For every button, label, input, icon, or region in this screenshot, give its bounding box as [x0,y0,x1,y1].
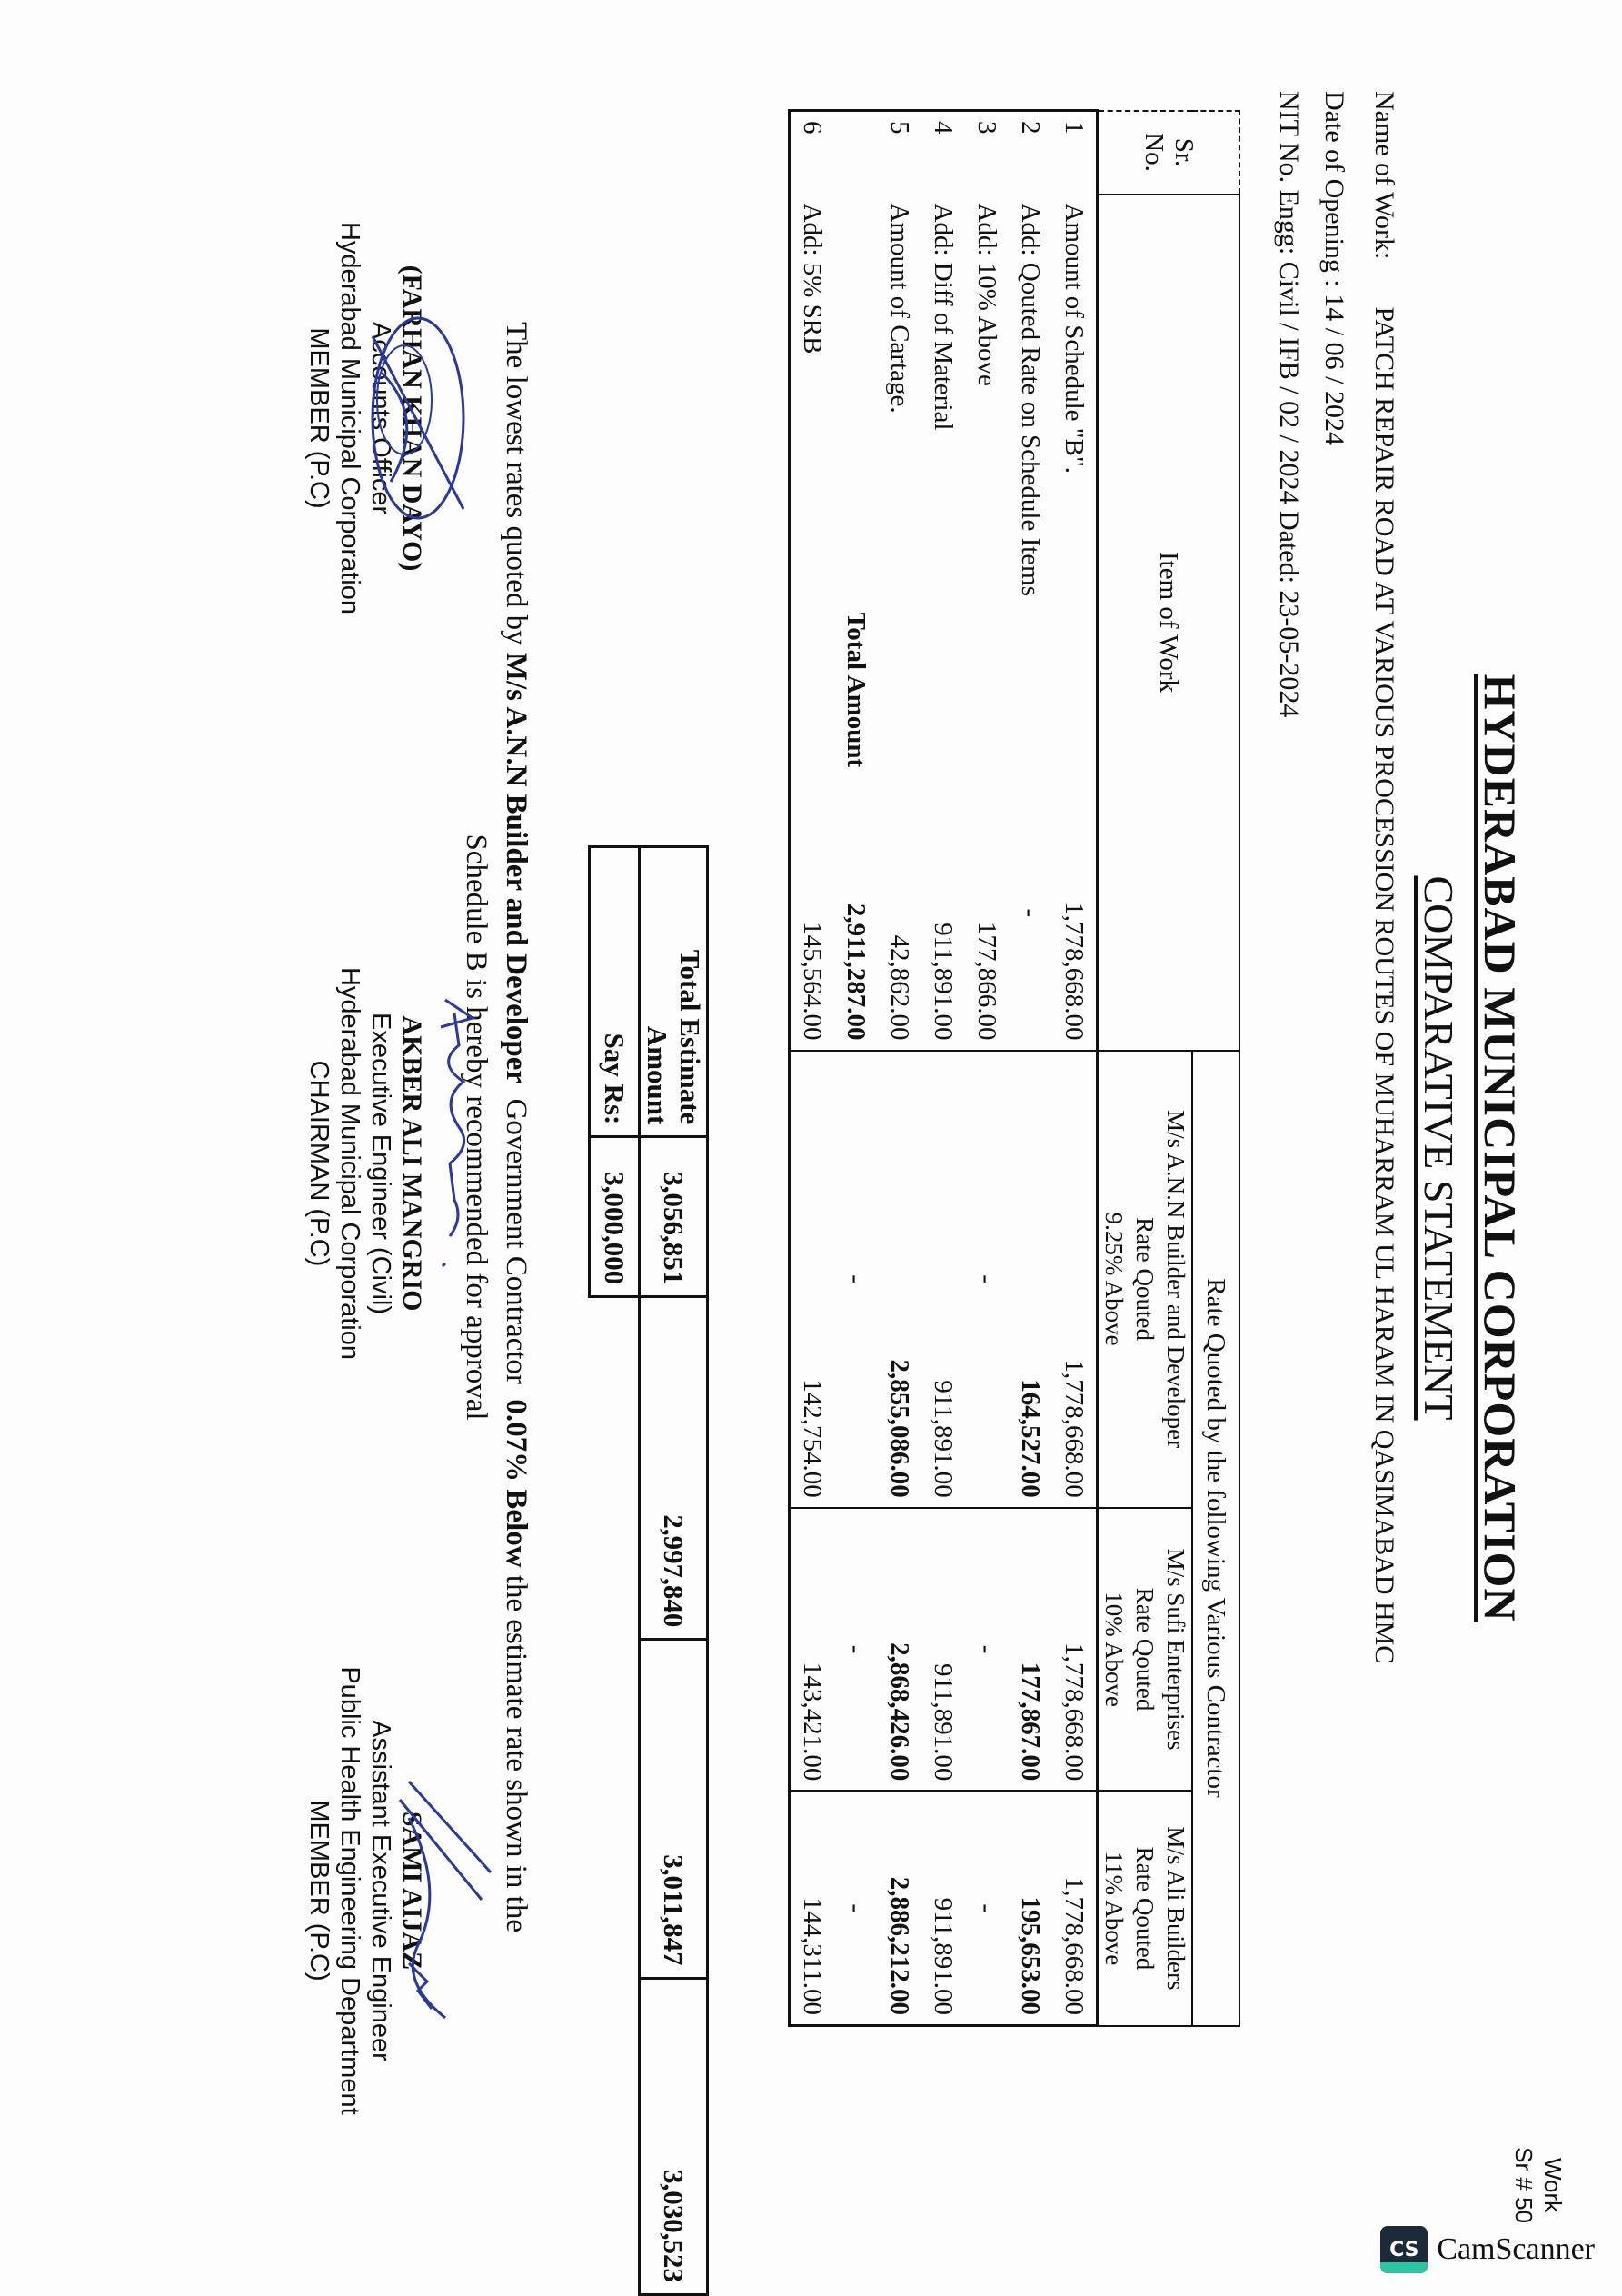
row-contractor-2: 177,867.00 [1009,1508,1052,1792]
row-contractor-1: 911,891.00 [921,1051,965,1508]
say-value: 3,000,000 [590,1137,640,1297]
row-estimate: 177,866.00 [965,776,1009,1050]
contractor-sub: Rate Qouted [1129,1061,1160,1498]
row-contractor-1: 142,754.00 [790,1051,835,1508]
total-contractor-2: 3,011,847 [640,1640,708,1978]
signatory-organization: Public Health Engineering Department [334,1600,365,2181]
row-item: Amount of Cartage. [878,195,921,777]
total-contractor-3: 3,030,523 [640,1978,708,2294]
contractor-rate: 10% Above [1099,1518,1129,1782]
note-middle: Government Contractor [500,1083,532,1399]
header-sr-no: Sr. No. [1098,111,1240,195]
header-contractor-2: M/s Sufi Enterprises Rate Qouted 10% Abo… [1098,1508,1193,1792]
row-contractor-2: - [965,1508,1009,1792]
row-sr-no: 3 [965,111,1009,195]
contractor-sub: Rate Qouted [1129,1518,1160,1782]
row-contractor-2: - [834,1508,878,1792]
table-row: Total Amount2,911,287.00--- [834,111,878,2026]
row-sr-no: 6 [790,111,835,195]
header-item-of-work: Item of Work [1098,195,1240,1051]
signatory-designation: Executive Engineer (Civil) [365,909,396,1418]
row-sr-no: 2 [1009,111,1052,195]
contractor-rate: 9.25% Above [1099,1061,1129,1498]
signatory-name: AKBER ALI MANGRIO [396,909,427,1418]
document-title: COMPARATIVE STATEMENT [1415,0,1463,2296]
signatory-accounts-officer: (FARHAN KHAN DAYO) Accounts Officer Hyde… [304,164,427,673]
date-of-opening: Date of Opening : 14 / 06 / 2024 [1318,91,1349,445]
signatory-executive-engineer: AKBER ALI MANGRIO Executive Engineer (Ci… [304,909,427,1418]
recommendation-note: The lowest rates quoted by M/s A.N.N Bui… [456,218,536,2036]
camscanner-text: CamScanner [1437,2232,1595,2267]
signatory-organization: Hyderabad Municipal Corporation [334,164,365,673]
row-estimate: 145,564.00 [790,776,835,1050]
header-contractor-3: M/s Ali Builders Rate Qouted 11% Above [1098,1791,1193,2025]
organization-title: HYDERABAD MUNICIPAL CORPORATION [1474,0,1527,2296]
row-contractor-3: - [965,1791,1009,2025]
table-row: 5Amount of Cartage.42,862.002,855,086.00… [878,111,921,2026]
totals-table: Total Estimate Amount 3,056,851 2,997,84… [588,845,709,2296]
row-item: Add: 10% Above [965,195,1009,777]
signatory-role: MEMBER (P.C) [304,1600,334,2181]
comparative-table: Sr. No. Item of Work Rate Quoted by the … [788,109,1240,2027]
signatory-role: MEMBER (P.C) [304,164,334,673]
row-estimate: 42,862.00 [878,776,921,1050]
note-line-2: Schedule B is hereby recommended for app… [456,218,496,2036]
nit-number: NIT No. Engg: Civil / IFB / 02 / 2024 Da… [1273,91,1304,717]
row-item: Add: Qouted Rate on Schedule Items [1009,195,1052,777]
total-estimate-value: 3,056,851 [640,1137,708,1297]
header-contractor-1: M/s A.N.N Builder and Developer Rate Qou… [1098,1051,1193,1508]
signatory-role: CHAIRMAN (P.C) [304,909,334,1418]
signatory-assistant-engineer: SAMI AIJAZ Assistant Executive Engineer … [304,1600,427,2181]
total-estimate-label: Total Estimate Amount [640,847,708,1137]
table-row: 6Add: 5% SRB145,564.00142,754.00143,421.… [790,111,835,2026]
signatory-designation: Assistant Executive Engineer [365,1600,396,2181]
signatory-name: (FARHAN KHAN DAYO) [396,164,427,673]
name-of-work-value: PATCH REPAIR ROAD AT VARIOUS PROCESSION … [1369,307,1399,1664]
row-contractor-3: 195,653.00 [1009,1791,1052,2025]
table-row: 2Add: Qouted Rate on Schedule Items-164,… [1009,111,1052,2026]
row-item: Add: Diff of Material [921,195,965,777]
contractor-name: M/s Ali Builders [1160,1801,1191,2015]
contractor-name: M/s Sufi Enterprises [1160,1518,1191,1782]
row-estimate: 1,778,668.00 [1052,776,1098,1050]
say-label: Say Rs: [590,847,640,1137]
signatory-designation: Accounts Officer [365,164,396,673]
signatory-organization: Hyderabad Municipal Corporation [334,909,365,1418]
row-contractor-3: 144,311.00 [790,1791,835,2025]
statement-title: COMPARATIVE STATEMENT [1416,875,1462,1420]
row-contractor-2: 2,868,426.00 [878,1508,921,1792]
table-row: 4Add: Diff of Material911,891.00911,891.… [921,111,965,2026]
total-contractor-1: 2,997,840 [640,1297,708,1640]
work-label: Work [1538,2147,1567,2223]
row-sr-no: 5 [878,111,921,195]
row-item: Add: 5% SRB [790,195,835,777]
note-prefix: The lowest rates quoted by [500,322,532,653]
row-contractor-3: 1,778,668.00 [1052,1791,1098,2025]
row-contractor-1: - [834,1051,878,1508]
note-percent: 0.07% Below [500,1399,532,1567]
row-estimate: - [1009,776,1052,1050]
row-contractor-1: 2,855,086.00 [878,1051,921,1508]
signatory-name: SAMI AIJAZ [396,1600,427,2181]
header-contractor-group: Rate Quoted by the following Various Con… [1192,1051,1239,2026]
row-contractor-3: 2,886,212.00 [878,1791,921,2025]
row-contractor-2: 911,891.00 [921,1508,965,1792]
row-item: Amount of Schedule "B". [1052,195,1098,777]
row-estimate: 2,911,287.00 [834,776,878,1050]
note-contractor: M/s A.N.N Builder and Developer [500,653,532,1083]
row-estimate: 911,891.00 [921,776,965,1050]
contractor-name: M/s A.N.N Builder and Developer [1160,1061,1191,1498]
row-sr-no [834,111,878,195]
row-contractor-1: 164,527.00 [1009,1051,1052,1508]
camscanner-watermark: CS CamScanner [1380,2226,1595,2273]
note-suffix: the estimate rate shown in the [500,1568,532,1932]
name-of-work: Name of Work: PATCH REPAIR ROAD AT VARIO… [1368,91,1399,1663]
row-item: Total Amount [834,195,878,777]
organization-name: HYDERABAD MUNICIPAL CORPORATION [1475,674,1526,1622]
row-sr-no: 4 [921,111,965,195]
table-row: 1Amount of Schedule "B".1,778,668.001,77… [1052,111,1098,2026]
row-contractor-1: 1,778,668.00 [1052,1051,1098,1508]
contractor-sub: Rate Qouted [1129,1801,1160,2015]
camscanner-logo-icon: CS [1380,2226,1428,2273]
contractor-rate: 11% Above [1099,1801,1129,2015]
scanned-page: Work Sr # 50 HYDERABAD MUNICIPAL CORPORA… [0,0,1622,2296]
row-contractor-3: - [834,1791,878,2025]
row-contractor-3: 911,891.00 [921,1791,965,2025]
name-of-work-label: Name of Work: [1368,91,1399,300]
table-row: 3Add: 10% Above177,866.00--- [965,111,1009,2026]
row-sr-no: 1 [1052,111,1098,195]
row-contractor-2: 143,421.00 [790,1508,835,1792]
row-contractor-2: 1,778,668.00 [1052,1508,1098,1792]
row-contractor-1: - [965,1051,1009,1508]
